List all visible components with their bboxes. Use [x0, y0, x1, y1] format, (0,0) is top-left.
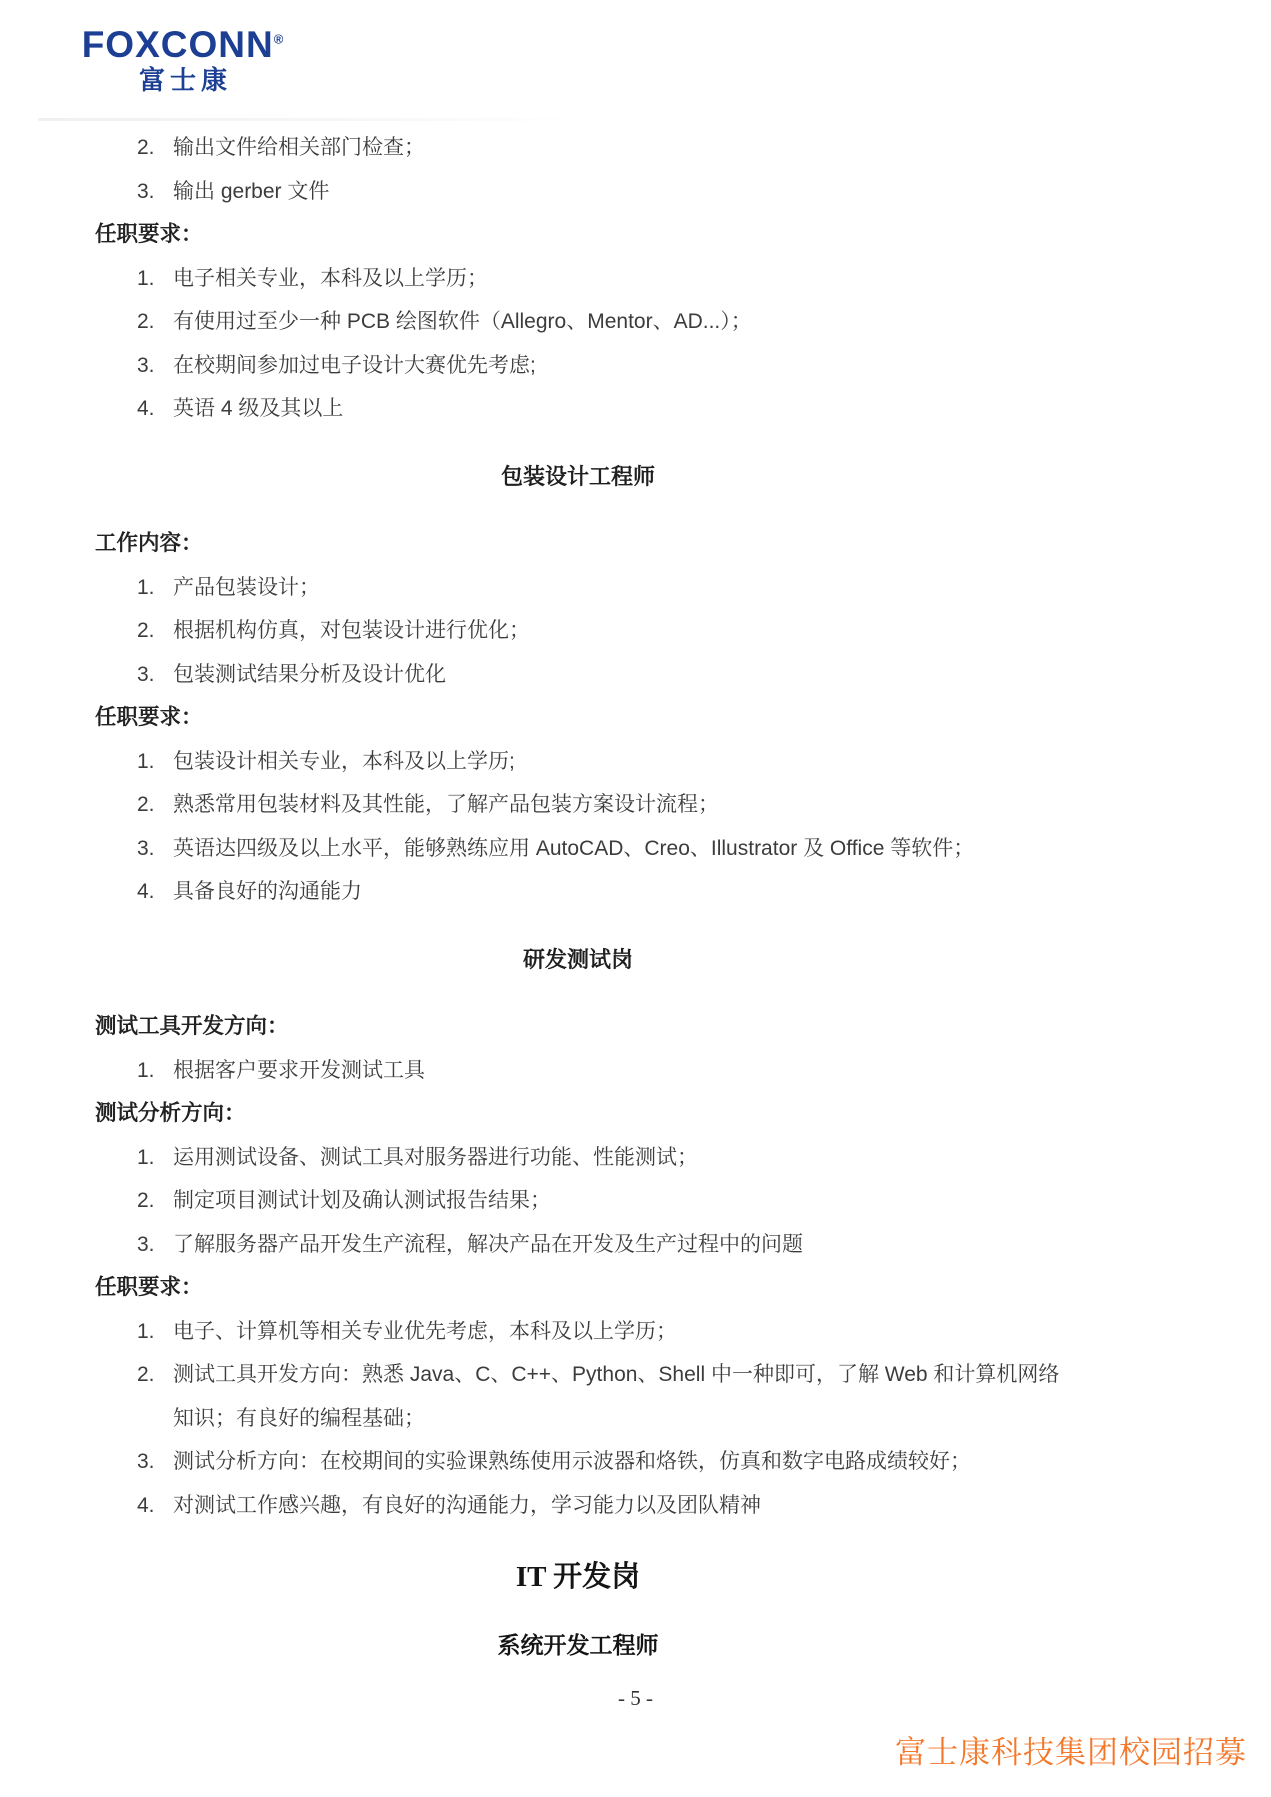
list-item-number: 4. — [137, 1484, 173, 1528]
foxconn-logo: FOXCONN® 富士康 — [57, 26, 309, 94]
list-item: 3. 包装测试结果分析及设计优化 — [95, 653, 1061, 697]
list-item-text: 输出文件给相关部门检查； — [173, 126, 1061, 170]
packaging-duties-list: 1. 产品包装设计； 2. 根据机构仿真，对包装设计进行优化； 3. 包装测试结… — [95, 566, 1061, 697]
list-item-number: 2. — [137, 126, 173, 170]
list-item: 1. 根据客户要求开发测试工具 — [95, 1049, 1061, 1093]
list-item-text: 对测试工作感兴趣，有良好的沟通能力，学习能力以及团队精神 — [173, 1484, 1061, 1528]
list-item-text: 运用测试设备、测试工具对服务器进行功能、性能测试； — [173, 1136, 1061, 1180]
packaging-requirements-header: 任职要求： — [95, 696, 1061, 740]
list-item-number: 4. — [137, 387, 173, 431]
list-item: 1. 电子、计算机等相关专业优先考虑，本科及以上学历； — [95, 1310, 1061, 1354]
list-item-text: 英语达四级及以上水平，能够熟练应用 AutoCAD、Creo、Illustrat… — [173, 827, 1061, 871]
foxconn-wordmark: FOXCONN® — [57, 26, 309, 65]
document-page: FOXCONN® 富士康 2. 输出文件给相关部门检查； 3. 输出 gerbe… — [0, 0, 1271, 1797]
list-item-number: 1. — [137, 740, 173, 784]
list-item: 2. 有使用过至少一种 PCB 绘图软件（Allegro、Mentor、AD..… — [95, 300, 1061, 344]
list-item: 1. 运用测试设备、测试工具对服务器进行功能、性能测试； — [95, 1136, 1061, 1180]
list-item-number: 1. — [137, 1049, 173, 1093]
list-item-text: 根据客户要求开发测试工具 — [173, 1049, 1061, 1093]
list-item: 2. 熟悉常用包装材料及其性能，了解产品包装方案设计流程； — [95, 783, 1061, 827]
list-item-number: 2. — [137, 609, 173, 653]
list-item: 1. 电子相关专业，本科及以上学历； — [95, 257, 1061, 301]
logo-image-shadow — [38, 118, 578, 121]
list-item-text: 电子相关专业，本科及以上学历； — [173, 257, 1061, 301]
list-item-number: 1. — [137, 257, 173, 301]
intro-list: 2. 输出文件给相关部门检查； 3. 输出 gerber 文件 — [95, 126, 1061, 213]
list-item-number: 3. — [137, 1223, 173, 1267]
list-item: 2. 输出文件给相关部门检查； — [95, 126, 1061, 170]
list-item-number: 3. — [137, 1440, 173, 1484]
list-item: 2. 根据机构仿真，对包装设计进行优化； — [95, 609, 1061, 653]
list-item: 1. 包装设计相关专业，本科及以上学历; — [95, 740, 1061, 784]
test-analysis-direction-header: 测试分析方向： — [95, 1092, 1061, 1136]
it-dev-post-title: IT 开发岗 — [95, 1555, 1061, 1599]
list-item-number: 2. — [137, 1353, 173, 1397]
pcb-requirements-list: 1. 电子相关专业，本科及以上学历； 2. 有使用过至少一种 PCB 绘图软件（… — [95, 257, 1061, 431]
list-item-text: 英语 4 级及其以上 — [173, 387, 1061, 431]
list-item: 2. 测试工具开发方向：熟悉 Java、C、C++、Python、Shell 中… — [95, 1353, 1061, 1440]
list-item-number: 1. — [137, 1310, 173, 1354]
tool-dev-direction-header: 测试工具开发方向： — [95, 1005, 1061, 1049]
list-item-text: 包装设计相关专业，本科及以上学历; — [173, 740, 1061, 784]
campus-recruitment-watermark: 富士康科技集团校园招募 — [895, 1727, 1247, 1772]
list-item-text: 测试工具开发方向：熟悉 Java、C、C++、Python、Shell 中一种即… — [173, 1353, 1061, 1440]
foxconn-chinese-name: 富士康 — [57, 66, 309, 95]
packaging-duties-header: 工作内容： — [95, 522, 1061, 566]
list-item-text: 熟悉常用包装材料及其性能，了解产品包装方案设计流程； — [173, 783, 1061, 827]
list-item: 3. 英语达四级及以上水平，能够熟练应用 AutoCAD、Creo、Illust… — [95, 827, 1061, 871]
list-item: 2. 制定项目测试计划及确认测试报告结果； — [95, 1179, 1061, 1223]
list-item-text: 输出 gerber 文件 — [173, 170, 1061, 214]
list-item: 3. 在校期间参加过电子设计大赛优先考虑; — [95, 344, 1061, 388]
list-item-number: 3. — [137, 827, 173, 871]
list-item-text: 在校期间参加过电子设计大赛优先考虑; — [173, 344, 1061, 388]
list-item-text: 根据机构仿真，对包装设计进行优化； — [173, 609, 1061, 653]
list-item: 3. 测试分析方向：在校期间的实验课熟练使用示波器和烙铁，仿真和数字电路成绩较好… — [95, 1440, 1061, 1484]
list-item-text: 了解服务器产品开发生产流程，解决产品在开发及生产过程中的问题 — [173, 1223, 1061, 1267]
list-item-number: 4. — [137, 870, 173, 914]
rd-test-post-title: 研发测试岗 — [95, 938, 1061, 982]
test-analysis-list: 1. 运用测试设备、测试工具对服务器进行功能、性能测试； 2. 制定项目测试计划… — [95, 1136, 1061, 1267]
tool-dev-list: 1. 根据客户要求开发测试工具 — [95, 1049, 1061, 1093]
brand-text: FOXCONN — [82, 24, 274, 65]
list-item-text: 包装测试结果分析及设计优化 — [173, 653, 1061, 697]
list-item: 3. 了解服务器产品开发生产流程，解决产品在开发及生产过程中的问题 — [95, 1223, 1061, 1267]
list-item-text: 有使用过至少一种 PCB 绘图软件（Allegro、Mentor、AD...）； — [173, 300, 1061, 344]
list-item: 3. 输出 gerber 文件 — [95, 170, 1061, 214]
list-item-text: 产品包装设计； — [173, 566, 1061, 610]
packaging-requirements-list: 1. 包装设计相关专业，本科及以上学历; 2. 熟悉常用包装材料及其性能，了解产… — [95, 740, 1061, 914]
list-item-number: 2. — [137, 783, 173, 827]
registered-trademark-icon: ® — [274, 32, 285, 47]
list-item: 1. 产品包装设计； — [95, 566, 1061, 610]
list-item-text: 具备良好的沟通能力 — [173, 870, 1061, 914]
list-item-number: 1. — [137, 1136, 173, 1180]
system-dev-engineer-title: 系统开发工程师 — [95, 1624, 1061, 1668]
list-item: 4. 具备良好的沟通能力 — [95, 870, 1061, 914]
packaging-engineer-title: 包装设计工程师 — [95, 455, 1061, 499]
list-item: 4. 对测试工作感兴趣，有良好的沟通能力，学习能力以及团队精神 — [95, 1484, 1061, 1528]
rd-test-requirements-list: 1. 电子、计算机等相关专业优先考虑，本科及以上学历； 2. 测试工具开发方向：… — [95, 1310, 1061, 1528]
list-item: 4. 英语 4 级及其以上 — [95, 387, 1061, 431]
rd-test-requirements-header: 任职要求： — [95, 1266, 1061, 1310]
list-item-number: 2. — [137, 1179, 173, 1223]
list-item-text: 测试分析方向：在校期间的实验课熟练使用示波器和烙铁，仿真和数字电路成绩较好； — [173, 1440, 1061, 1484]
list-item-text: 制定项目测试计划及确认测试报告结果； — [173, 1179, 1061, 1223]
page-number: - 5 - — [0, 1686, 1271, 1711]
list-item-number: 3. — [137, 344, 173, 388]
list-item-number: 2. — [137, 300, 173, 344]
pcb-requirements-header: 任职要求： — [95, 213, 1061, 257]
list-item-text: 电子、计算机等相关专业优先考虑，本科及以上学历； — [173, 1310, 1061, 1354]
list-item-number: 1. — [137, 566, 173, 610]
document-body: 2. 输出文件给相关部门检查； 3. 输出 gerber 文件 任职要求： 1.… — [95, 126, 1061, 1668]
list-item-number: 3. — [137, 653, 173, 697]
list-item-number: 3. — [137, 170, 173, 214]
